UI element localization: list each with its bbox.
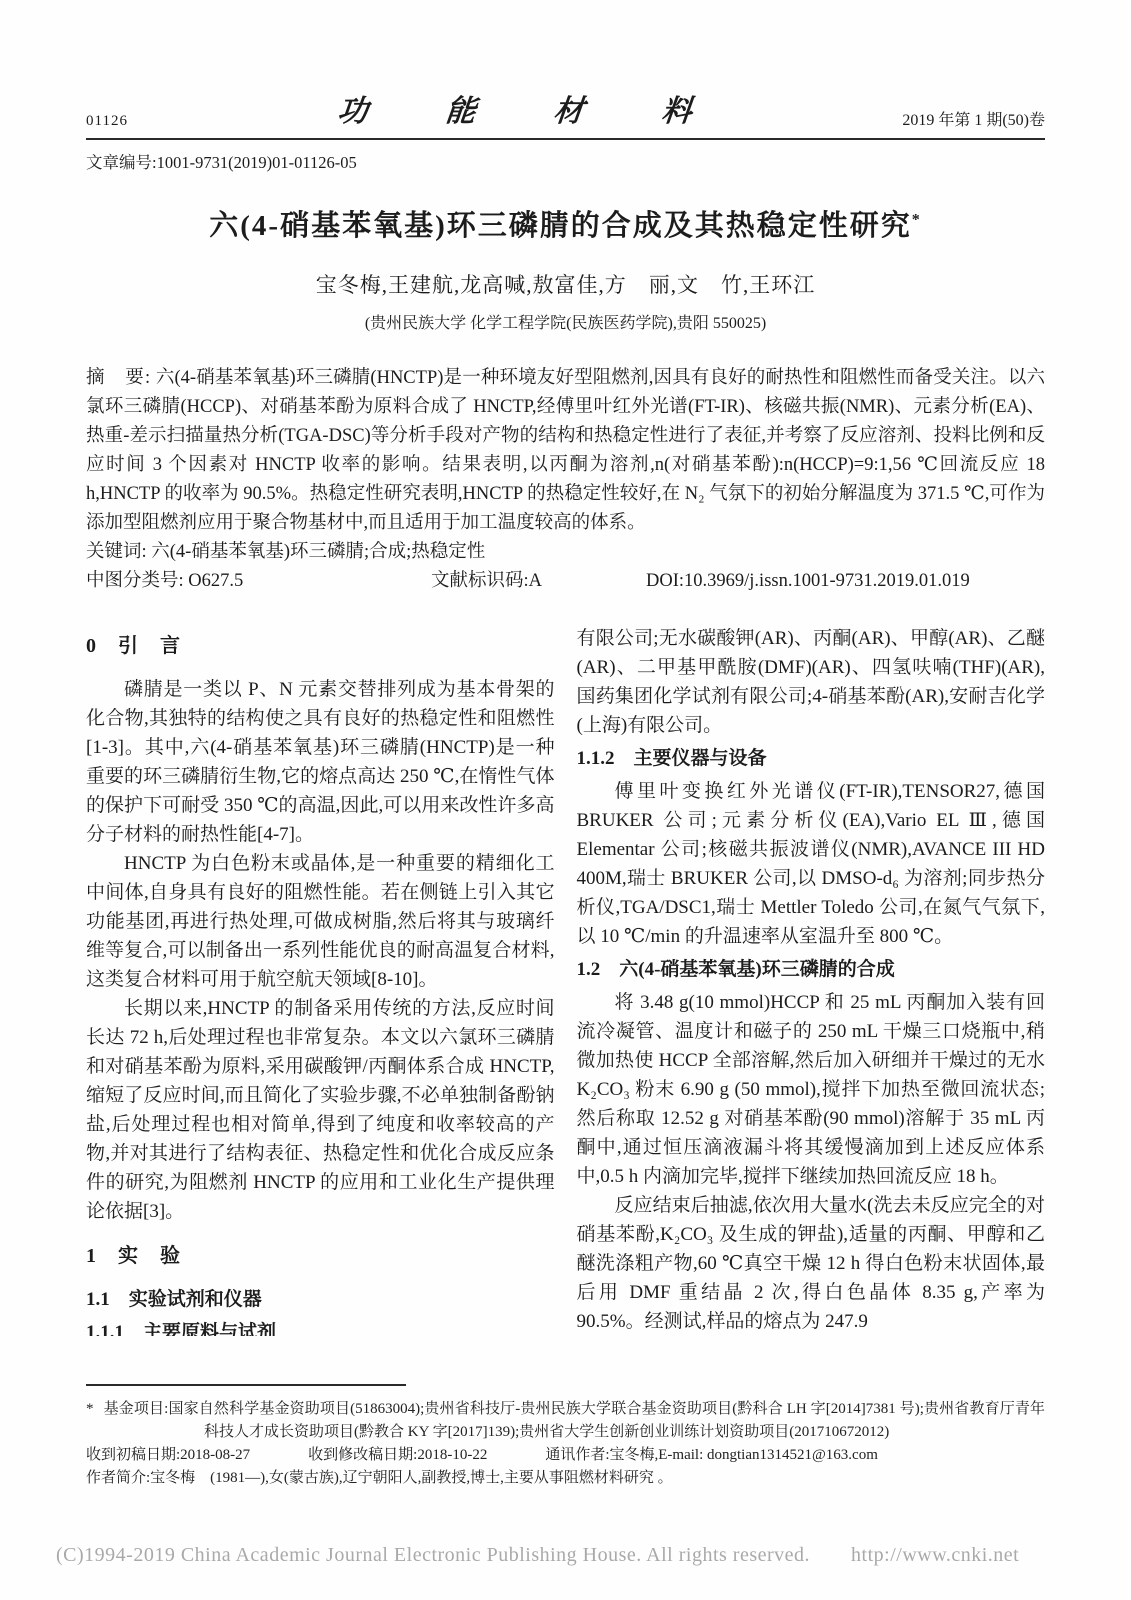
keywords-text: 六(4-硝基苯氧基)环三磷腈;合成;热稳定性: [151, 542, 485, 562]
journal-name: 功能材料: [336, 86, 773, 130]
fund-note: *基金项目:国家自然科学基金资助项目(51863004);贵州省科技厅-贵州民族…: [86, 1398, 1045, 1444]
document-code-value: A: [529, 571, 542, 591]
clc-label: 中图分类号:: [86, 571, 184, 591]
document-code: 文献标识码:A: [431, 567, 646, 596]
left-column: 0 引 言 磷腈是一类以 P、N 元素交替排列成为基本骨架的化合物,其独特的结构…: [86, 624, 555, 1336]
author-bio-text: 宝冬梅 (1981—),女(蒙古族),辽宁朝阳人,副教授,博士,主要从事阻燃材料…: [150, 1470, 672, 1486]
fund-text: 国家自然科学基金资助项目(51863004);贵州省科技厅-贵州民族大学联合基金…: [168, 1401, 1045, 1440]
fund-label: 基金项目:: [104, 1401, 169, 1417]
doi: DOI:10.3969/j.issn.1001-9731.2019.01.019: [646, 567, 1045, 596]
title-footnote-marker: *: [912, 211, 922, 228]
subsection-1-2: 1.2 六(4-硝基苯氧基)环三磷腈的合成: [577, 955, 1046, 984]
keywords: 关键词: 六(4-硝基苯氧基)环三磷腈;合成;热稳定性: [86, 538, 1045, 567]
instruments-paragraph: 傅里叶变换红外光谱仪(FT-IR),TENSOR27,德国 BRUKER 公司;…: [577, 777, 1046, 951]
abstract: 摘 要: 六(4-硝基苯氧基)环三磷腈(HNCTP)是一种环境友好型阻燃剂,因具…: [86, 364, 1045, 538]
page-code: 01126: [86, 113, 128, 130]
synthesis-paragraph-2: 反应结束后抽滤,依次用大量水(洗去未反应完全的对硝基苯酚,K₂CO₃ 及生成的钾…: [577, 1191, 1046, 1336]
clc-number: 中图分类号: O627.5: [86, 567, 431, 596]
dates-and-contact: 收到初稿日期:2018-08-27 收到修改稿日期:2018-10-22 通讯作…: [86, 1444, 1045, 1467]
clc-value: O627.5: [188, 571, 243, 591]
subsection-1-1-1: 1.1.1 主要原料与试剂: [86, 1318, 555, 1336]
received-date: 收到初稿日期:2018-08-27: [86, 1444, 250, 1467]
intro-paragraph-3: 长期以来,HNCTP 的制备采用传统的方法,反应时间长达 72 h,后处理过程也…: [86, 994, 555, 1226]
section-heading-intro: 0 引 言: [86, 632, 555, 661]
corresponding-author: 通讯作者:宝冬梅,E-mail: dongtian1314521@163.com: [545, 1444, 878, 1467]
document-code-label: 文献标识码:: [431, 571, 529, 591]
journal-header: 01126 功能材料 2019 年第 1 期(50)卷: [86, 86, 1045, 140]
footnote-marker: *: [86, 1401, 94, 1417]
footnote-block: *基金项目:国家自然科学基金资助项目(51863004);贵州省科技厅-贵州民族…: [86, 1384, 1045, 1490]
abstract-text: 六(4-硝基苯氧基)环三磷腈(HNCTP)是一种环境友好型阻燃剂,因具有良好的耐…: [86, 368, 1045, 533]
intro-paragraph-1: 磷腈是一类以 P、N 元素交替排列成为基本骨架的化合物,其独特的结构使之具有良好…: [86, 675, 555, 849]
revised-date: 收到修改稿日期:2018-10-22: [308, 1444, 487, 1467]
abstract-label: 摘 要:: [86, 368, 151, 388]
subsection-1-1: 1.1 实验试剂和仪器: [86, 1285, 555, 1314]
keywords-label: 关键词:: [86, 542, 147, 562]
journal-page: 01126 功能材料 2019 年第 1 期(50)卷 文章编号:1001-97…: [0, 0, 1131, 1600]
affiliation: (贵州民族大学 化学工程学院(民族医药学院),贵阳 550025): [86, 310, 1045, 333]
article-number: 文章编号:1001-9731(2019)01-01126-05: [86, 149, 1045, 173]
body-columns: 0 引 言 磷腈是一类以 P、N 元素交替排列成为基本骨架的化合物,其独特的结构…: [86, 624, 1045, 1336]
subsection-1-1-2: 1.1.2 主要仪器与设备: [577, 744, 1046, 773]
right-column: 有限公司;无水碳酸钾(AR)、丙酮(AR)、甲醇(AR)、乙醚(AR)、二甲基甲…: [577, 624, 1046, 1336]
author-bio-label: 作者简介:: [86, 1470, 150, 1486]
author-list: 宝冬梅,王建航,龙高喊,敖富佳,方 丽,文 竹,王环江: [86, 269, 1045, 299]
issue-info: 2019 年第 1 期(50)卷: [902, 107, 1045, 130]
meta-row: 中图分类号: O627.5 文献标识码:A DOI:10.3969/j.issn…: [86, 567, 1045, 596]
cnki-copyright: (C)1994-2019 China Academic Journal Elec…: [56, 1538, 1019, 1567]
section-heading-experiment: 1 实 验: [86, 1242, 555, 1271]
intro-paragraph-2: HNCTP 为白色粉末或晶体,是一种重要的精细化工中间体,自身具有良好的阻燃性能…: [86, 849, 555, 994]
author-bio: 作者简介:宝冬梅 (1981—),女(蒙古族),辽宁朝阳人,副教授,博士,主要从…: [86, 1467, 1045, 1490]
paper-title-text: 六(4-硝基苯氧基)环三磷腈的合成及其热稳定性研究: [209, 210, 911, 242]
reagents-paragraph-right: 有限公司;无水碳酸钾(AR)、丙酮(AR)、甲醇(AR)、乙醚(AR)、二甲基甲…: [577, 624, 1046, 740]
synthesis-paragraph-1: 将 3.48 g(10 mmol)HCCP 和 25 mL 丙酮加入装有回流冷凝…: [577, 988, 1046, 1191]
paper-title: 六(4-硝基苯氧基)环三磷腈的合成及其热稳定性研究*: [86, 203, 1045, 244]
